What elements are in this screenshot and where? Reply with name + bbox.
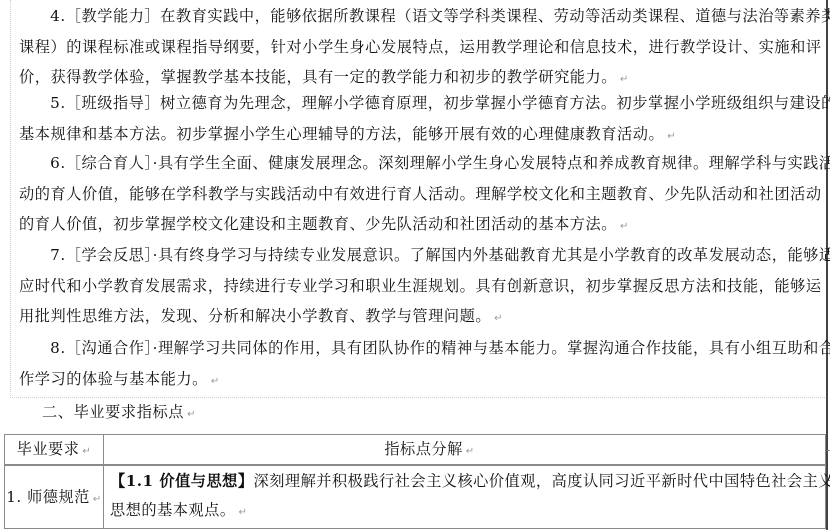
paragraph-teaching-ability: 4.［教学能力］在教育实践中，能够依据所教课程（语文等学科类课程、劳动等活动类课…: [19, 1, 819, 96]
cell-text: 1. 师德规范: [6, 488, 90, 506]
requirements-text-block: 4.［教学能力］在教育实践中，能够依据所教课程（语文等学科类课程、劳动等活动类课…: [10, 0, 825, 398]
paragraph-line: 用批判性思维方法，发现、分析和解决小学教育、教学与管理问题。: [19, 307, 491, 325]
table-cell-requirement: 1. 师德规范↵: [5, 466, 104, 528]
header-text: 指标点分解: [384, 440, 462, 458]
paragraph-mark-icon: ↵: [620, 221, 629, 232]
paragraph-mark-icon: ↵: [93, 494, 102, 505]
paragraph-comprehensive-education: 6.［综合育人］·具有学生全面、健康发展理念。深刻理解小学生身心发展特点和养成教…: [19, 148, 819, 243]
cell-text: 深刻理解并积极践行社会主义核心价值观，高度认同习近平新时代中国特色社会主义: [254, 472, 830, 490]
paragraph-mark-icon: ↵: [620, 74, 629, 85]
indicator-tag: 【1.1 价值与思想】: [110, 472, 254, 490]
paragraph-line: 的育人价值，初步掌握学校文化建设和主题教育、少先队活动和社团活动的基本方法。: [19, 215, 617, 233]
paragraph-mark-icon: ↵: [239, 507, 248, 518]
paragraph-mark-icon: ↵: [667, 131, 676, 142]
paragraph-class-guidance: 5.［班级指导］树立德育为先理念，理解小学德育原理，初步掌握小学德育方法。初步掌…: [19, 88, 819, 152]
paragraph-mark-icon: ↵: [82, 446, 91, 457]
paragraph-line: 4.［教学能力］在教育实践中，能够依据所教课程（语文等学科类课程、劳动等活动类课…: [19, 1, 819, 32]
paragraph-reflection: 7.［学会反思］·具有终身学习与持续专业发展意识。了解国内外基础教育尤其是小学教…: [19, 240, 819, 335]
paragraph-line: 动的育人价值，能够在学科教学与实践活动中有效进行育人活动。理解学校文化和主题教育…: [19, 179, 819, 210]
paragraph-line: 6.［综合育人］·具有学生全面、健康发展理念。深刻理解小学生身心发展特点和养成教…: [19, 148, 819, 179]
paragraph-line: 基本规律和基本方法。初步掌握小学生心理辅导的方法，能够开展有效的心理健康教育活动…: [19, 125, 664, 143]
paragraph-line: 7.［学会反思］·具有终身学习与持续专业发展意识。了解国内外基础教育尤其是小学教…: [19, 240, 819, 271]
section-heading-text: 二、毕业要求指标点: [42, 403, 184, 421]
paragraph-mark-icon: ↵: [211, 376, 220, 387]
table-header-requirement: 毕业要求↵: [5, 435, 104, 466]
paragraph-line: 8.［沟通合作］·理解学习共同体的作用，具有团队协作的精神与基本能力。掌握沟通合…: [19, 333, 819, 364]
indicator-table: 毕业要求↵ 指标点分解↵ 1. 师德规范↵ 【1.1 价值与思想】深刻理解并积极…: [4, 434, 826, 529]
paragraph-mark-icon: ↵: [466, 446, 475, 457]
table-cell-indicator: 【1.1 价值与思想】深刻理解并积极践行社会主义核心价值观，高度认同习近平新时代…: [104, 466, 825, 528]
cell-text: 思想的基本观点。: [110, 501, 236, 519]
paragraph-line: 应时代和小学教育发展需求，持续进行专业学习和职业生涯规划。具有创新意识，初步掌握…: [19, 271, 819, 302]
paragraph-line: 5.［班级指导］树立德育为先理念，理解小学德育原理，初步掌握小学德育方法。初步掌…: [19, 88, 819, 119]
header-text: 毕业要求: [17, 440, 80, 458]
section-heading: 二、毕业要求指标点↵: [42, 399, 196, 428]
table-header-indicator: 指标点分解↵: [104, 435, 825, 466]
paragraph-mark-icon: ↵: [494, 313, 503, 324]
paragraph-communication: 8.［沟通合作］·理解学习共同体的作用，具有团队协作的精神与基本能力。掌握沟通合…: [19, 333, 819, 397]
paragraph-mark-icon: ↵: [187, 409, 196, 420]
paragraph-line: 价，获得教学体验，掌握教学基本技能，具有一定的教学能力和初步的教学研究能力。: [19, 68, 617, 86]
paragraph-line: 课程）的课程标准或课程指导纲要，针对小学生身心发展特点，运用教学理论和信息技术，…: [19, 32, 819, 63]
paragraph-line: 作学习的体验与基本能力。: [19, 370, 208, 388]
